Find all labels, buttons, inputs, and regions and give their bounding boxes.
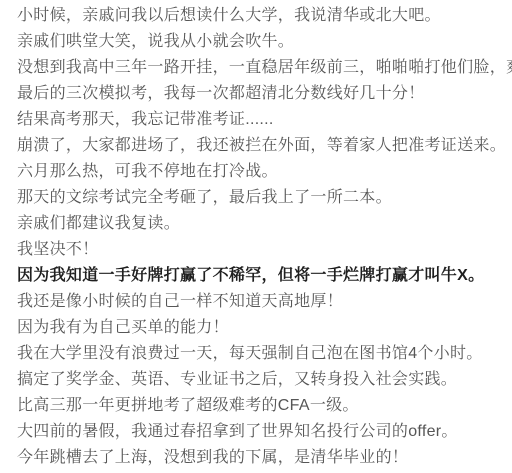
paragraph: 小时候，亲戚问我以后想读什么大学，我说清华或北大吧。	[17, 3, 504, 29]
paragraph: 崩溃了，大家都进场了，我还被拦在外面，等着家人把准考证送来。	[17, 133, 504, 159]
paragraph: 比高三那一年更拼地考了超级难考的CFA一级。	[17, 393, 504, 419]
paragraph: 最后的三次模拟考，我每一次都超清北分数线好几十分！	[17, 81, 504, 107]
page: 小时候，亲戚问我以后想读什么大学，我说清华或北大吧。亲戚们哄堂大笑，说我从小就会…	[0, 0, 512, 473]
paragraph: 我坚决不！	[17, 237, 504, 263]
paragraph: 今年跳槽去了上海，没想到我的下属，是清华毕业的！	[17, 445, 504, 471]
paragraph: 结果高考那天，我忘记带准考证......	[17, 107, 504, 133]
article-body: 小时候，亲戚问我以后想读什么大学，我说清华或北大吧。亲戚们哄堂大笑，说我从小就会…	[0, 0, 512, 471]
paragraph: 没想到我高中三年一路开挂，一直稳居年级前三，啪啪啪打他们脸，爽。	[17, 55, 504, 81]
paragraph: 亲戚们哄堂大笑，说我从小就会吹牛。	[17, 29, 504, 55]
paragraph: 那天的文综考试完全考砸了，最后我上了一所二本。	[17, 185, 504, 211]
paragraph: 我还是像小时候的自己一样不知道天高地厚！	[17, 289, 504, 315]
paragraph: 我在大学里没有浪费过一天，每天强制自己泡在图书馆4个小时。	[17, 341, 504, 367]
paragraph-emphasis: 因为我知道一手好牌打赢了不稀罕，但将一手烂牌打赢才叫牛X。	[17, 263, 504, 289]
paragraph: 亲戚们都建议我复读。	[17, 211, 504, 237]
paragraph: 搞定了奖学金、英语、专业证书之后，又转身投入社会实践。	[17, 367, 504, 393]
paragraph: 因为我有为自己买单的能力！	[17, 315, 504, 341]
paragraph: 大四前的暑假，我通过春招拿到了世界知名投行公司的offer。	[17, 419, 504, 445]
paragraph: 六月那么热，可我不停地在打冷战。	[17, 159, 504, 185]
